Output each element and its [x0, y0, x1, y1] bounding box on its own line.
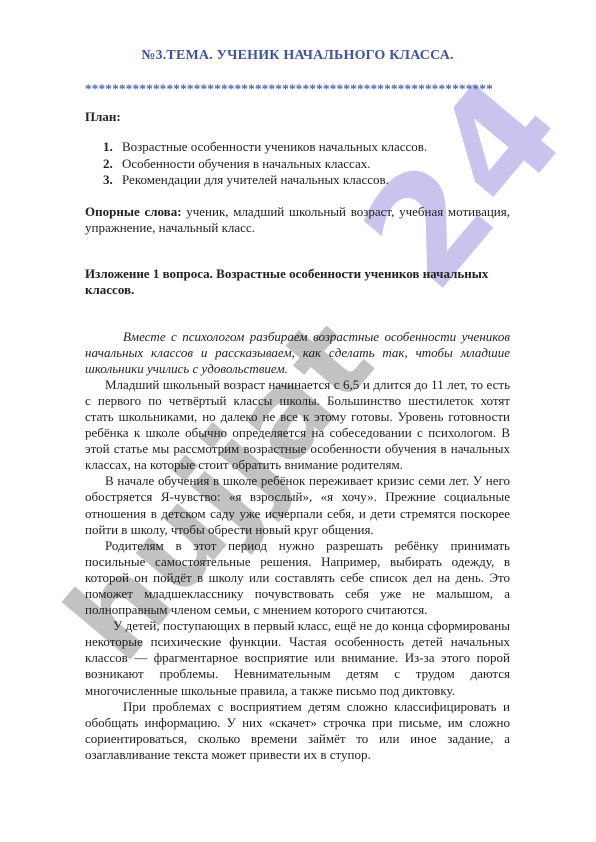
keywords-paragraph: Опорные слова: ученик, младший школьный … [85, 204, 510, 237]
plan-item-number: 3. [103, 172, 122, 189]
section-heading: Изложение 1 вопроса. Возрастные особенно… [85, 266, 510, 299]
plan-item-text: Рекомендации для учителей начальных клас… [122, 172, 389, 187]
document-title: №3.ТЕМА. УЧЕНИК НАЧАЛЬНОГО КЛАССА. [85, 48, 510, 64]
body-paragraph: При проблемах с восприятием детям сложно… [85, 699, 510, 763]
lead-paragraph: Вместе с психологом разбираем возрастные… [85, 329, 510, 377]
plan-item-text: Особенности обучения в начальных классах… [122, 156, 371, 171]
plan-item: 2.Особенности обучения в начальных класс… [103, 156, 510, 173]
body-paragraph: У детей, поступающих в первый класс, ещё… [85, 618, 510, 698]
document-content: №3.ТЕМА. УЧЕНИК НАЧАЛЬНОГО КЛАССА. *****… [0, 0, 596, 763]
plan-list: 1.Возрастные особенности учеников началь… [103, 139, 510, 189]
body-paragraph: Родителям в этот период нужно разрешать … [85, 538, 510, 618]
plan-item-number: 2. [103, 156, 122, 173]
document-page: hujjat 24 №3.ТЕМА. УЧЕНИК НАЧАЛЬНОГО КЛА… [0, 0, 596, 842]
keywords-label: Опорные слова: [85, 204, 182, 219]
plan-item-text: Возрастные особенности учеников начальны… [122, 139, 427, 154]
plan-item: 3.Рекомендации для учителей начальных кл… [103, 172, 510, 189]
body-paragraph: В начале обучения в школе ребёнок пережи… [85, 473, 510, 537]
plan-item-number: 1. [103, 139, 122, 156]
body-paragraph: Младший школьный возраст начинается с 6,… [85, 377, 510, 474]
asterisk-divider: ****************************************… [85, 81, 510, 97]
plan-label: План: [85, 109, 510, 125]
plan-item: 1.Возрастные особенности учеников началь… [103, 139, 510, 156]
